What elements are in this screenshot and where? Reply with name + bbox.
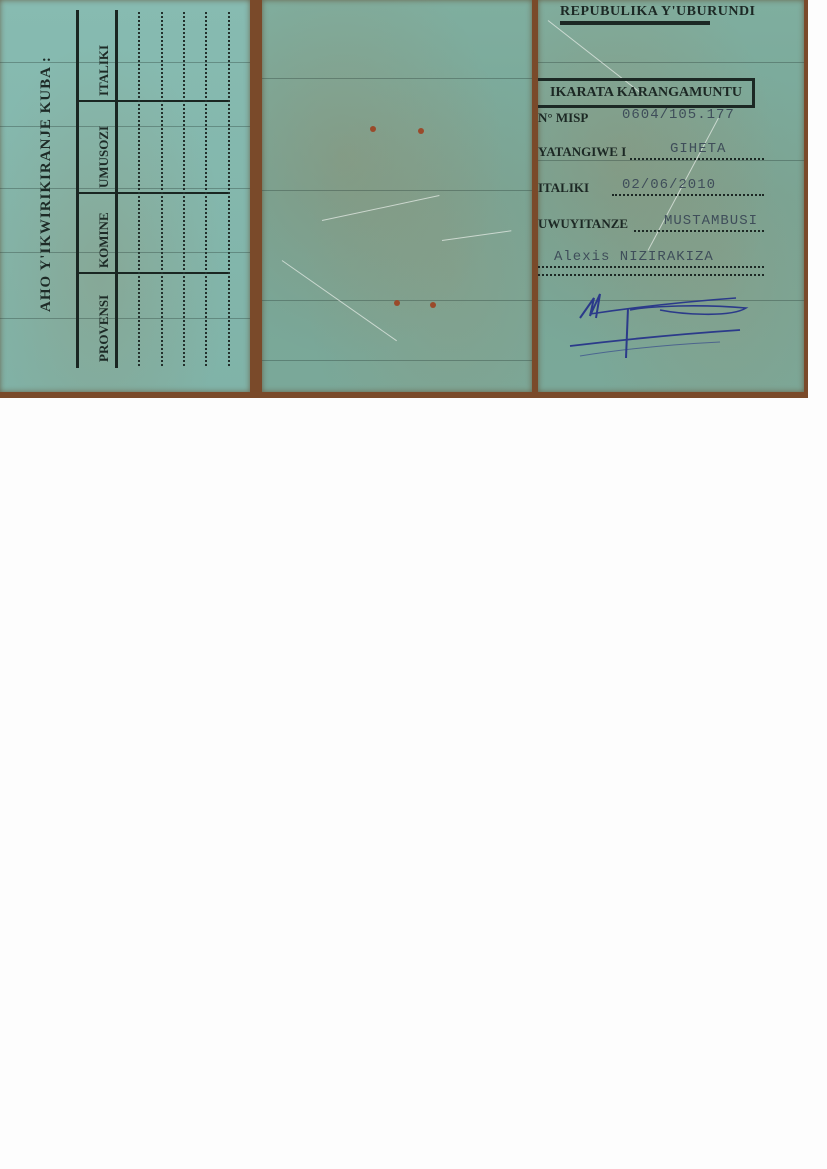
staple-hole [370,126,376,132]
left-panel-title: AHO Y'IKWIRIKIRANJE KUBA : [38,12,55,312]
column-italiki: ITALIKI [96,45,112,96]
field-label: N° MISP [538,110,588,126]
staple-hole [418,128,424,134]
field-issued-at: YATANGIWE I GIHETA [538,140,768,162]
field-value: 02/06/2010 [622,177,716,193]
field-value: GIHETA [670,141,726,157]
field-label: YATANGIWE I [538,144,626,160]
signature [560,288,750,368]
dotted-line [612,194,764,196]
registration-history-table: AHO Y'IKWIRIKIRANJE KUBA : PROVENSI KOMI… [0,0,250,392]
dotted-line [634,230,764,232]
column-umusozi: UMUSOZI [96,126,112,188]
identity-card: AHO Y'IKWIRIKIRANJE KUBA : PROVENSI KOMI… [0,0,808,398]
staple-hole [430,302,436,308]
field-date: ITALIKI 02/06/2010 [538,176,768,198]
field-value: MUSTAMBUSI [664,213,758,229]
signature-line [538,256,768,278]
header-underline [560,21,710,25]
dotted-line [630,158,764,160]
card-title-box: IKARATA KARANGAMUNTU [538,78,755,108]
field-label: ITALIKI [538,180,589,196]
card-title: IKARATA KARANGAMUNTU [550,85,742,101]
staple-hole [394,300,400,306]
field-value: 0604/105.177 [622,107,735,123]
field-misp: N° MISP 0604/105.177 [538,106,768,128]
field-issuer: UWUYITANZE MUSTAMBUSI [538,212,768,234]
middle-panel [262,0,532,392]
column-komine: KOMINE [96,212,112,268]
column-provensi: PROVENSI [96,295,112,362]
field-label: UWUYITANZE [538,216,628,232]
country-header: REPUBULIKA Y'UBURUNDI [560,4,756,20]
